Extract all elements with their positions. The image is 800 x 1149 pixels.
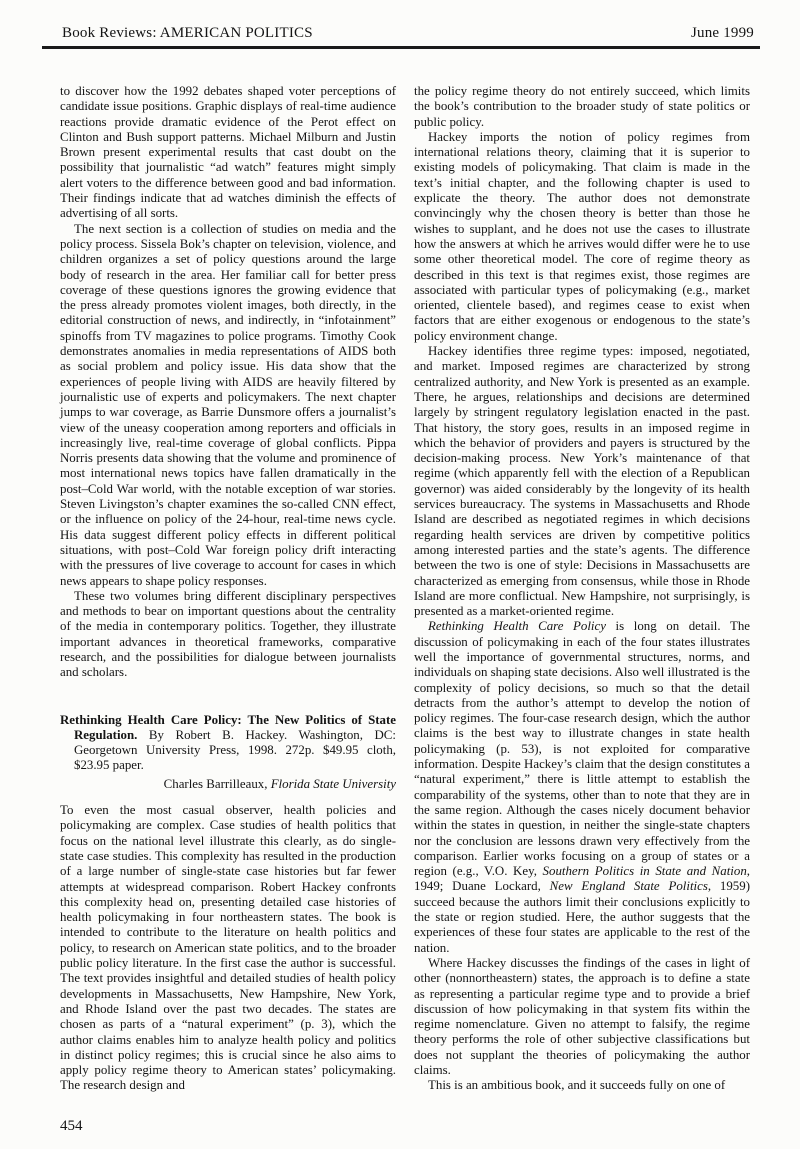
reviewer-affiliation: Florida State University: [271, 777, 396, 791]
media-review-paragraph-3: These two volumes bring different discip…: [60, 589, 396, 681]
two-column-body: to discover how the 1992 debates shaped …: [60, 84, 750, 1094]
review-paragraph-4-text-a: is long on detail. The discussion of pol…: [414, 619, 750, 878]
header-rule: [42, 46, 760, 49]
running-head-section: Book Reviews: AMERICAN POLITICS: [62, 25, 313, 42]
reviewed-book-title-inline: Rethinking Health Care Policy: [428, 619, 606, 633]
left-column: to discover how the 1992 debates shaped …: [60, 84, 396, 1094]
reviewer-name: Charles Barrilleaux,: [164, 777, 271, 791]
review-paragraph-6: This is an ambitious book, and it succee…: [414, 1078, 750, 1093]
media-review-paragraph-2: The next section is a collection of stud…: [60, 222, 396, 589]
reviewer-attribution: Charles Barrilleaux, Florida State Unive…: [60, 777, 396, 792]
review-paragraph-1: To even the most casual observer, health…: [60, 803, 396, 1094]
review-paragraph-2: Hackey imports the notion of policy regi…: [414, 130, 750, 344]
review-paragraph-4: Rethinking Health Care Policy is long on…: [414, 619, 750, 956]
media-review-paragraph-continuation: to discover how the 1992 debates shaped …: [60, 84, 396, 222]
issue-date: June 1999: [691, 25, 754, 42]
review-paragraph-5: Where Hackey discusses the findings of t…: [414, 956, 750, 1078]
review-paragraph-3: Hackey identifies three regime types: im…: [414, 344, 750, 619]
cited-book-title-new-england-state-politics: New England State Politics: [550, 879, 708, 893]
review-paragraph-continuation: the policy regime theory do not entirely…: [414, 84, 750, 130]
cited-book-title-southern-politics: Southern Politics in State and Nation: [543, 864, 747, 878]
book-citation: Rethinking Health Care Policy: The New P…: [60, 713, 396, 774]
right-column: the policy regime theory do not entirely…: [414, 84, 750, 1094]
journal-page: Book Reviews: AMERICAN POLITICS June 199…: [0, 0, 800, 1149]
page-number: 454: [60, 1118, 83, 1135]
page-header: Book Reviews: AMERICAN POLITICS June 199…: [62, 25, 754, 42]
